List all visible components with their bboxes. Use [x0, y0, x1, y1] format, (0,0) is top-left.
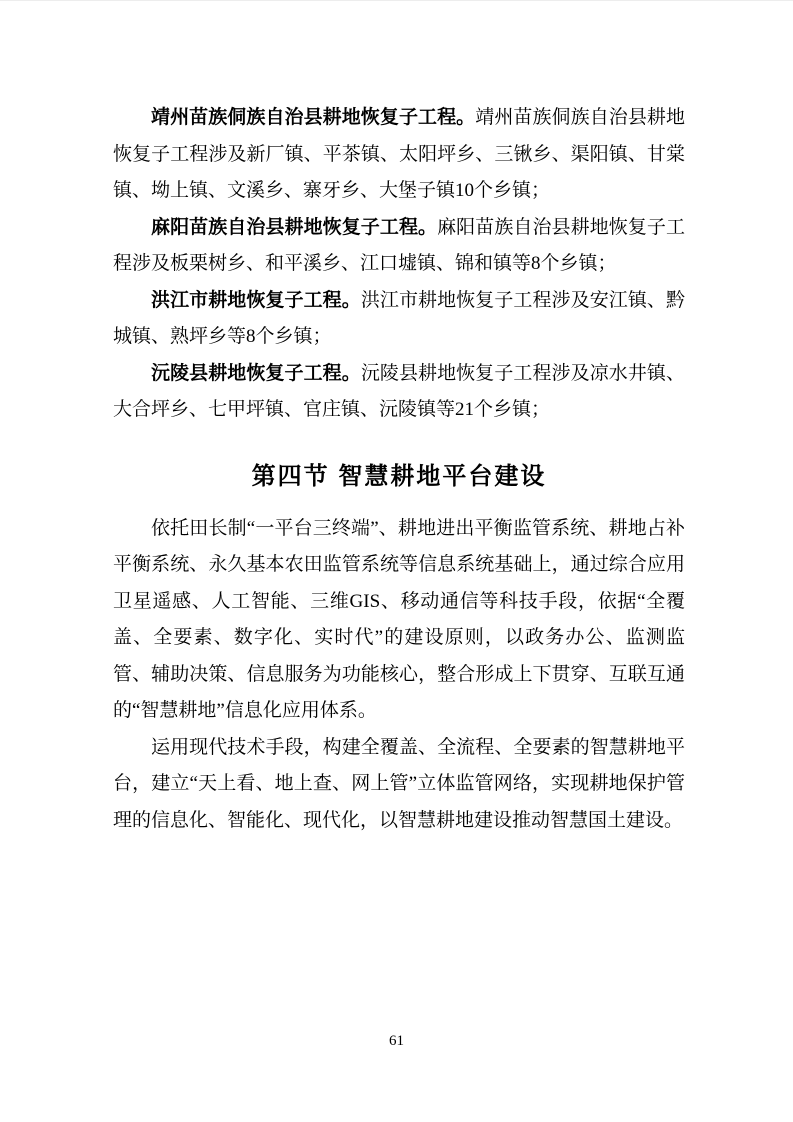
- section-heading: 第四节 智慧耕地平台建设: [113, 457, 685, 497]
- paragraph-lead: 沅陵县耕地恢复子工程。: [151, 363, 361, 384]
- page-content: 靖州苗族侗族自治县耕地恢复子工程。靖州苗族侗族自治县耕地恢复子工程涉及新厂镇、平…: [113, 100, 685, 839]
- paragraph: 运用现代技术手段，构建全覆盖、全流程、全要素的智慧耕地平台，建立“天上看、地上查…: [113, 730, 685, 840]
- page-number: 61: [0, 1031, 793, 1051]
- paragraph: 依托田长制“一平台三终端”、耕地进出平衡监管系统、耕地占补平衡系统、永久基本农田…: [113, 511, 685, 730]
- paragraph-lead: 洪江市耕地恢复子工程。: [151, 290, 361, 311]
- paragraph-lead: 靖州苗族侗族自治县耕地恢复子工程。: [151, 107, 475, 128]
- paragraph: 洪江市耕地恢复子工程。洪江市耕地恢复子工程涉及安江镇、黔城镇、熟坪乡等8个乡镇；: [113, 283, 685, 356]
- paragraph: 麻阳苗族自治县耕地恢复子工程。麻阳苗族自治县耕地恢复子工程涉及板栗树乡、和平溪乡…: [113, 210, 685, 283]
- paragraph: 沅陵县耕地恢复子工程。沅陵县耕地恢复子工程涉及凉水井镇、大合坪乡、七甲坪镇、官庄…: [113, 356, 685, 429]
- paragraph-lead: 麻阳苗族自治县耕地恢复子工程。: [151, 217, 437, 238]
- document-page: 靖州苗族侗族自治县耕地恢复子工程。靖州苗族侗族自治县耕地恢复子工程涉及新厂镇、平…: [0, 0, 793, 1122]
- paragraph: 靖州苗族侗族自治县耕地恢复子工程。靖州苗族侗族自治县耕地恢复子工程涉及新厂镇、平…: [113, 100, 685, 210]
